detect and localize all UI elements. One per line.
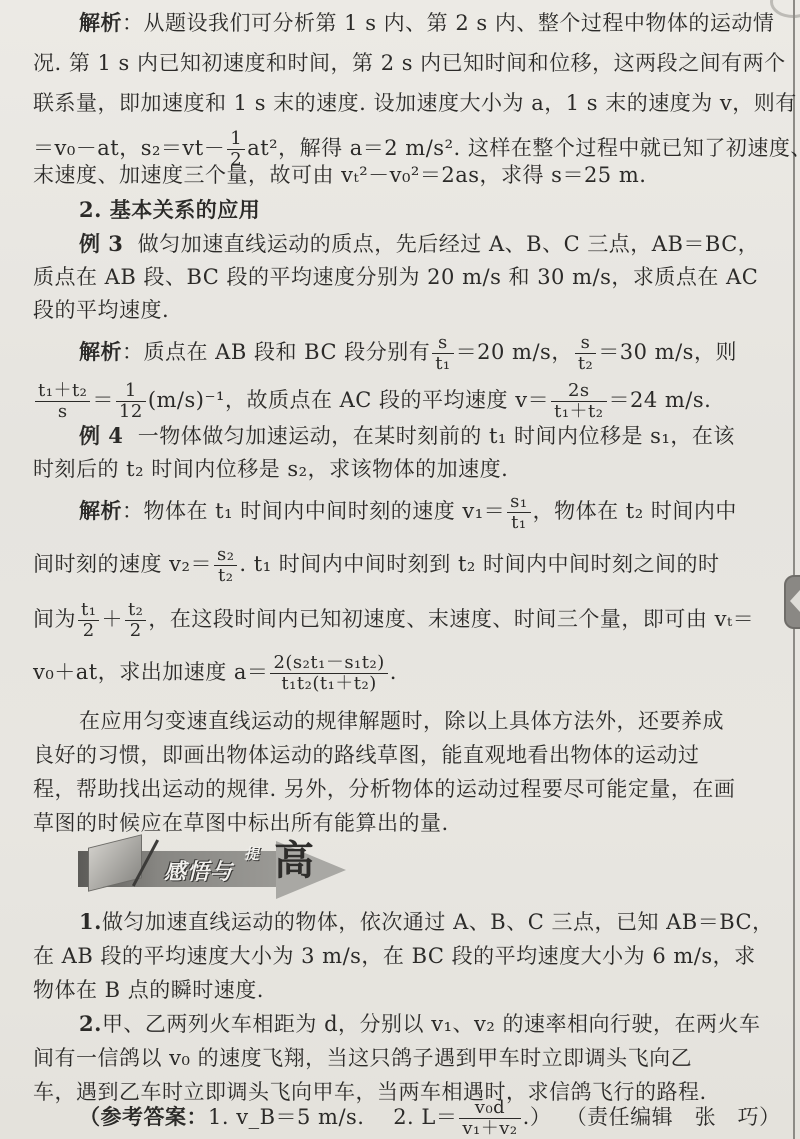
ex2-solution-line-5: 末速度、加速度三个量，故可由 vₜ²－v₀²＝2as，求得 s＝25 m. bbox=[33, 160, 778, 190]
fraction: t₁＋t₂s bbox=[35, 381, 90, 422]
answers-line: （参考答案：1. v_B＝5 m/s. 2. L＝v₀dv₁＋v₂.） （责任编… bbox=[33, 1095, 778, 1139]
page-edge-rule bbox=[793, 0, 795, 1139]
exercise-2-line-1: 2.甲、乙两列火车相距为 d，分别以 v₁、v₂ 的速率相向行驶，在两火车 bbox=[33, 1009, 778, 1039]
answer-2-prefix: 2. L＝ bbox=[393, 1105, 457, 1129]
exercise-1-line-3: 物体在 B 点的瞬时速度. bbox=[33, 975, 778, 1005]
solution-label: 解析 bbox=[79, 10, 122, 35]
summary-line-4: 草图的时候应在草图中标出所有能算出的量. bbox=[33, 808, 778, 838]
exercise-1-line-1: 1.做匀加速直线运动的物体，依次通过 A、B、C 三点，已知 AB＝BC， bbox=[33, 907, 778, 937]
fraction: st₁ bbox=[432, 333, 453, 374]
summary-line-2: 良好的习惯，即画出物体运动的路线草图，能直观地看出物体的运动过 bbox=[33, 740, 778, 770]
example-3-line-2: 质点在 AB 段、BC 段的平均速度分别为 20 m/s 和 30 m/s，求质… bbox=[33, 262, 778, 292]
example-4-solution-line-2: 间时刻的速度 v₂＝s₂t₂. t₁ 时间内中间时刻到 t₂ 时间内中间时刻之间… bbox=[33, 542, 778, 586]
example-3-solution-line-2: t₁＋t₂s＝112(m/s)⁻¹，故质点在 AC 段的平均速度 v＝2st₁＋… bbox=[33, 378, 778, 422]
fraction: 112 bbox=[116, 381, 146, 422]
fraction: st₂ bbox=[575, 333, 596, 374]
summary-line-1: 在应用匀变速直线运动的规律解题时，除以上具体方法外，还要养成 bbox=[33, 706, 778, 736]
fraction: 2st₁＋t₂ bbox=[551, 381, 606, 422]
editor-credit: （责任编辑 张 巧） bbox=[566, 1105, 781, 1129]
section-heading: 2. 基本关系的应用 bbox=[33, 195, 778, 225]
fraction: s₂t₂ bbox=[214, 545, 237, 586]
solution-label: 解析 bbox=[79, 498, 122, 523]
example-4-line-1: 例 4 一物体做匀加速运动，在某时刻前的 t₁ 时间内位移是 s₁，在该 bbox=[33, 421, 778, 451]
solution-label: 解析 bbox=[79, 339, 122, 364]
example-4-line-2: 时刻后的 t₂ 时间内位移是 s₂，求该物体的加速度. bbox=[33, 454, 778, 484]
exercise-number: 2. bbox=[79, 1011, 102, 1036]
textbook-page: 解析：从题设我们可分析第 1 s 内、第 2 s 内、整个过程中物体的运动情 况… bbox=[0, 0, 800, 1139]
exercise-1-line-2: 在 AB 段的平均速度大小为 3 m/s，在 BC 段的平均速度大小为 6 m/… bbox=[33, 941, 778, 971]
fraction: s₁t₁ bbox=[507, 492, 530, 533]
ex2-solution-line-1: 解析：从题设我们可分析第 1 s 内、第 2 s 内、整个过程中物体的运动情 bbox=[33, 8, 778, 38]
answer-1: 1. v_B＝5 m/s. bbox=[208, 1105, 364, 1129]
fraction: t₁2 bbox=[78, 600, 99, 641]
example-4-solution-line-1: 解析：物体在 t₁ 时间内中间时刻的速度 v₁＝s₁t₁，物体在 t₂ 时间内中 bbox=[33, 489, 778, 533]
arrow-left-icon bbox=[790, 590, 800, 612]
banner-title: 感悟与 bbox=[164, 855, 233, 886]
left-arrow-tab-icon[interactable] bbox=[784, 575, 800, 629]
fraction: v₀dv₁＋v₂ bbox=[459, 1098, 520, 1139]
summary-line-3: 程，帮助找出运动的规律. 另外，分析物体的运动过程要尽可能定量，在画 bbox=[33, 774, 778, 804]
example-4-solution-line-4: v₀＋at，求出加速度 a＝2(s₂t₁－s₁t₂)t₁t₂(t₁＋t₂). bbox=[33, 650, 778, 694]
fraction: t₂2 bbox=[125, 600, 146, 641]
exercise-2-line-2: 间有一信鸽以 v₀ 的速度飞翔，当这只鸽子遇到甲车时立即调头飞向乙 bbox=[33, 1043, 778, 1073]
ex2-solution-line-3: 联系量，即加速度和 1 s 末的速度. 设加速度大小为 a，1 s 末的速度为 … bbox=[33, 88, 778, 118]
example-3-solution-line-1: 解析：质点在 AB 段和 BC 段分别有st₁＝20 m/s，st₂＝30 m/… bbox=[33, 330, 778, 374]
example-label: 例 3 bbox=[79, 231, 123, 256]
example-4-solution-line-3: 间为t₁2＋t₂2，在这段时间内已知初速度、末速度、时间三个量，即可由 vₜ＝ bbox=[33, 597, 778, 641]
banner-title-small: 提 bbox=[244, 843, 259, 864]
example-3-line-1: 例 3 做匀加速直线运动的质点，先后经过 A、B、C 三点，AB＝BC， bbox=[33, 229, 778, 259]
fraction: 2(s₂t₁－s₁t₂)t₁t₂(t₁＋t₂) bbox=[270, 653, 387, 694]
ex2-solution-line-2: 况. 第 1 s 内已知初速度和时间，第 2 s 内已知时间和位移，这两段之间有… bbox=[33, 48, 778, 78]
example-label: 例 4 bbox=[79, 423, 123, 448]
example-3-line-3: 段的平均速度. bbox=[33, 295, 778, 325]
section-banner: 感悟与 提 高 bbox=[78, 835, 348, 897]
answers-label: （参考答案： bbox=[79, 1104, 208, 1129]
exercise-number: 1. bbox=[79, 909, 102, 934]
banner-title-big: 高 bbox=[274, 837, 314, 885]
